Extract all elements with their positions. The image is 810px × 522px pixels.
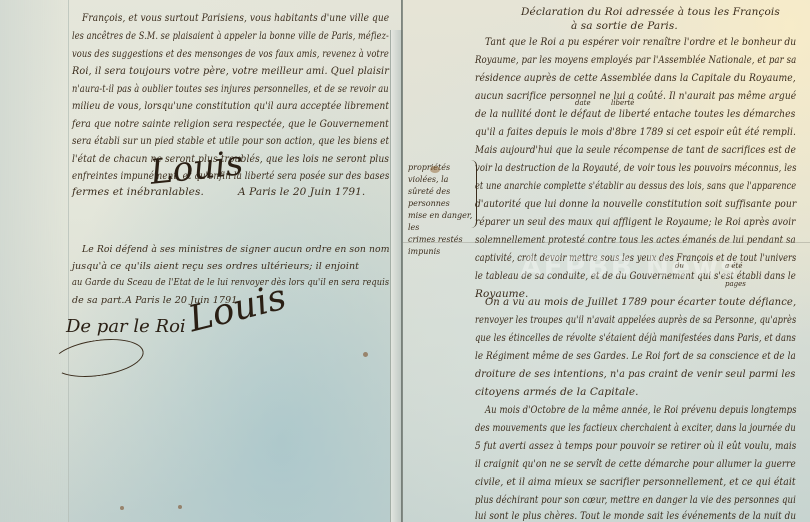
- agency-watermark: AFPBB News: [520, 250, 739, 283]
- dateline-1: A Paris le 20 Juin 1791.: [238, 186, 365, 198]
- left-block2-line-1: Le Roi défend à ses ministres de signer …: [82, 244, 390, 255]
- right-line-10: d'autorité que lui donne la nouvelle con…: [475, 198, 796, 210]
- left-line-5: n'aura-t-il pas à oublier toutes ses inj…: [72, 83, 389, 95]
- right-lower-line-11: civile, et il aima mieux se sacrifier pe…: [475, 476, 796, 488]
- left-page-margin-strip: [0, 0, 69, 522]
- left-line-2: les ancêtres de S.M. se plaisaient à app…: [72, 30, 389, 42]
- right-line-1: Tant que le Roi a pu espérer voir renaît…: [485, 36, 796, 48]
- right-line-7: Mais aujourd'hui que la seule récompense…: [475, 144, 796, 156]
- countersignature: De par le Roi: [66, 316, 186, 337]
- right-line-8: voir la destruction de la Royauté, de vo…: [475, 162, 797, 174]
- right-lower-line-6: citoyens armés de la Capitale.: [475, 386, 639, 398]
- right-lower-line-5: droiture de ses intentions, n'a pas crai…: [475, 368, 795, 380]
- right-line-3: résidence auprès de cette Assemblée dans…: [475, 72, 796, 84]
- right-line-5: de la nullité dont le défaut de liberté …: [475, 108, 796, 120]
- margin-note-line: propriétés violées, la: [408, 162, 478, 186]
- left-line-4: Roi, il sera toujours votre père, votre …: [72, 65, 389, 77]
- left-block2-line-4: de sa part.: [72, 295, 125, 306]
- margin-bracket: [470, 160, 477, 228]
- ink-stain: [178, 505, 182, 509]
- right-lower-line-2: renvoyer les troupes qu'il n'avait appel…: [475, 314, 796, 326]
- right-lower-line-9: 5 fut averti assez à temps pour pouvoir …: [475, 440, 796, 452]
- left-block2-line-2: jusqu'à ce qu'ils aient reçu ses ordres …: [72, 261, 359, 272]
- interlinear-correction: date: [575, 99, 591, 107]
- ink-stain: [120, 506, 124, 510]
- left-page: François, et vous surtout Parisiens, vou…: [0, 0, 403, 522]
- right-lower-line-3: que les étincelles de révolte s'étaient …: [475, 332, 796, 344]
- right-lower-line-7: Au mois d'Octobre de la même année, le R…: [485, 404, 796, 416]
- right-lower-line-4: le Régiment même de ses Gardes. Le Roi f…: [475, 350, 796, 362]
- left-line-6: milieu de vous, lorsqu'une constitution …: [72, 100, 389, 112]
- royal-signature-1: Louis: [148, 143, 245, 193]
- right-lower-line-8: des mouvements que les factieux cherchai…: [475, 422, 796, 434]
- right-line-2: Royaume, par les moyens employés par l'A…: [475, 54, 796, 66]
- marginal-annotation: propriétés violées, la sûreté des person…: [408, 162, 478, 258]
- left-line-3: vous des suggestions et des mensonges de…: [72, 48, 389, 60]
- right-lower-line-13: lui sont le plus chères. Tout le monde s…: [475, 510, 796, 522]
- right-lower-line-12: plus déchirant pour son cœur, mettre en …: [475, 494, 796, 506]
- right-line-9: et une anarchie complette s'établir au d…: [475, 180, 796, 192]
- left-line-7: fera que notre sainte religion sera resp…: [72, 118, 389, 130]
- right-line-12: solemnellement protesté contre tous les …: [475, 234, 796, 246]
- left-block2-line-3: au Garde du Sceau de l'Etat de le lui re…: [72, 278, 389, 288]
- declaration-title-line-2: à sa sortie de Paris.: [571, 20, 678, 32]
- right-line-4: aucun sacrifice personnel ne lui a coûté…: [475, 90, 796, 102]
- right-lower-line-1: On a vu au mois de Juillet 1789 pour éca…: [485, 296, 796, 308]
- margin-note-line: crimes restés impunis: [408, 234, 478, 258]
- interlinear-correction: liberté: [611, 99, 634, 107]
- left-line-1: François, et vous surtout Parisiens, vou…: [82, 12, 389, 24]
- right-line-6: qu'il a faites depuis le mois d'8bre 178…: [475, 126, 796, 138]
- declaration-title-line-1: Déclaration du Roi adressée à tous les F…: [521, 6, 780, 18]
- margin-note-line: sûreté des personnes: [408, 186, 478, 210]
- ink-stain: [363, 352, 368, 357]
- right-line-11: réparer un seul des maux qui affligent l…: [475, 216, 796, 228]
- right-lower-line-10: il craignit qu'on ne se servît de cette …: [475, 458, 796, 470]
- manuscript-spread: François, et vous surtout Parisiens, vou…: [0, 0, 810, 522]
- margin-note-line: mise en danger, les: [408, 210, 478, 234]
- rust-stain: [430, 166, 440, 173]
